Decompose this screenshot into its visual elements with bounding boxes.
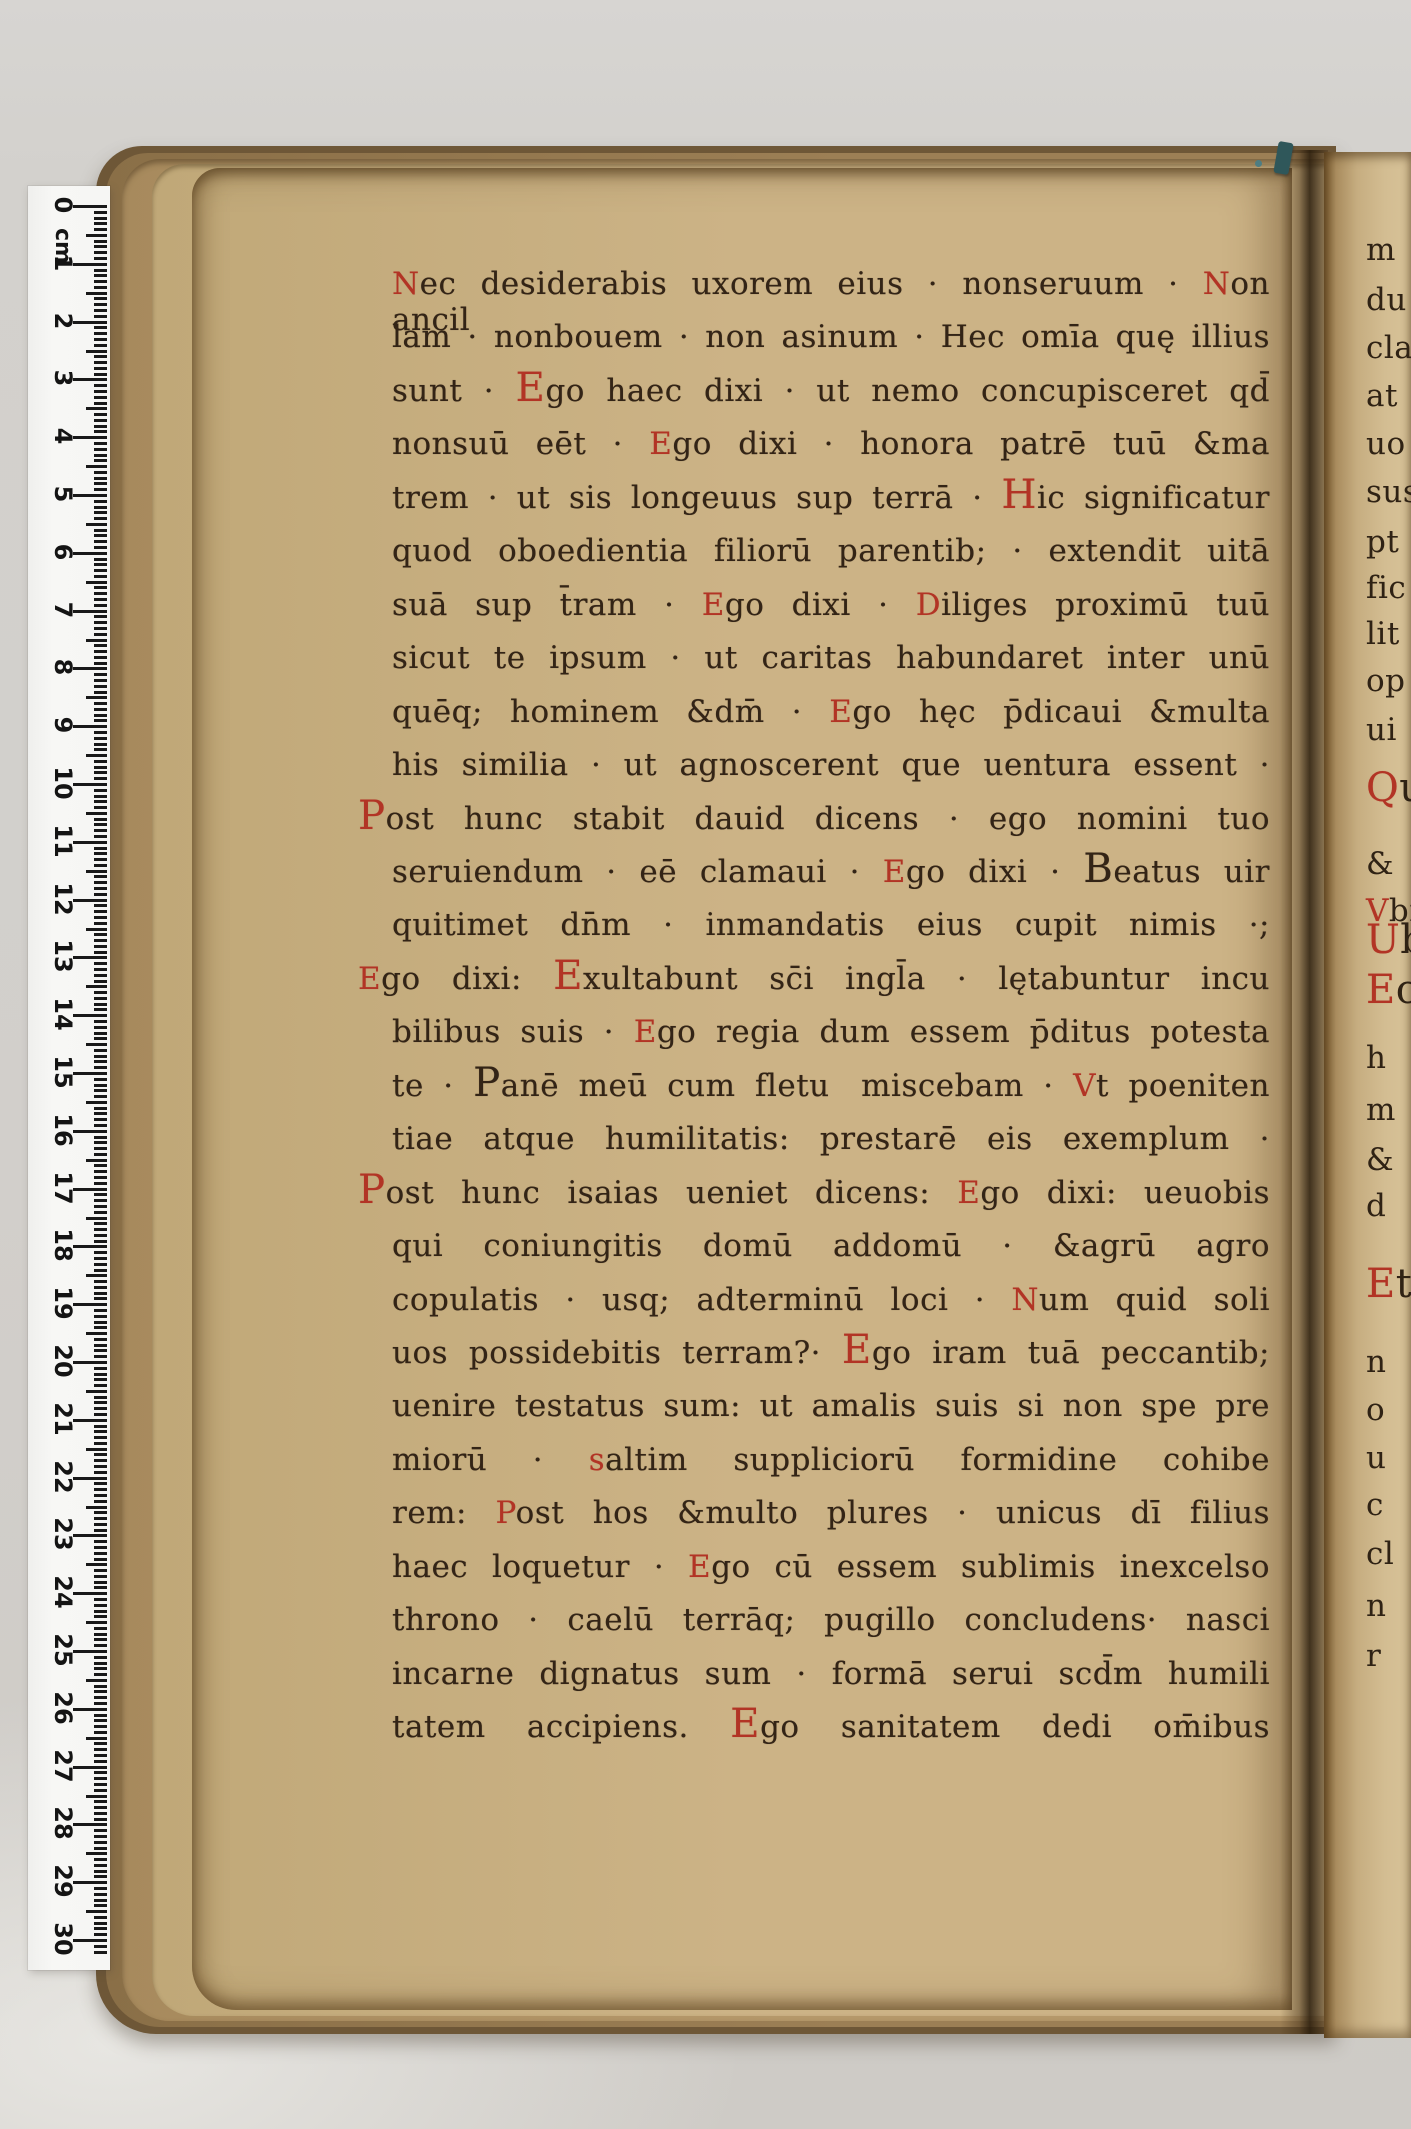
recto-fragment: ui (1366, 712, 1397, 748)
ruler-tick (94, 430, 107, 433)
ruler-tick (94, 529, 107, 532)
ruler-tick (94, 633, 107, 636)
ruler-tick (94, 910, 107, 913)
ruler-tick (94, 1176, 107, 1179)
ruler-tick (94, 1702, 107, 1705)
ruler-tick (94, 280, 107, 283)
ruler-number: 12 (46, 882, 80, 916)
recto-fragment: & (1366, 1142, 1394, 1178)
ruler-tick (86, 812, 107, 815)
ruler-tick (86, 1101, 107, 1104)
ruler-tick (94, 1714, 107, 1717)
ruler-tick (94, 685, 107, 688)
ruler-tick (86, 870, 107, 873)
ruler-tick (94, 1899, 107, 1902)
ruler-tick (94, 1627, 107, 1630)
ruler-tick (94, 1893, 107, 1896)
ruler-tick (94, 355, 107, 358)
ruler-tick (94, 1326, 107, 1329)
recto-fragment: fic (1366, 570, 1406, 606)
ruler-tick (94, 1783, 107, 1786)
ruler-tick (94, 1777, 107, 1780)
ruler-tick (94, 592, 107, 595)
ruler-tick (94, 1471, 107, 1474)
ruler-tick (94, 211, 107, 214)
ruler-tick (94, 344, 107, 347)
ruler-tick (94, 644, 107, 647)
ruler-tick (94, 1887, 107, 1890)
ruler-tick (94, 257, 107, 260)
ruler-tick (94, 1598, 107, 1601)
ruler-tick (94, 1407, 107, 1410)
ruler-tick (94, 1026, 107, 1029)
ruler-number: 10 (46, 766, 80, 800)
ruler-tick (94, 1193, 107, 1196)
ruler-tick (94, 1789, 107, 1792)
ruler-tick (94, 1667, 107, 1670)
photograph-backdrop: Nec desiderabis uxorem eius · nonseruum … (0, 0, 1411, 2129)
ruler-tick (94, 511, 107, 514)
ruler-tick (94, 269, 107, 272)
ruler-tick (94, 1164, 107, 1167)
ruler-tick (86, 407, 107, 410)
ruler-tick (86, 1448, 107, 1451)
ruler-tick (94, 1875, 107, 1878)
ruler-tick (94, 1124, 107, 1127)
recto-fragment: & (1366, 846, 1394, 882)
ruler-tick (94, 1257, 107, 1260)
ruler-tick (86, 292, 107, 295)
rubricated-initial: U (1366, 917, 1400, 963)
ruler-tick (94, 1089, 107, 1092)
ruler-tick (94, 835, 107, 838)
ruler-tick (94, 1384, 107, 1387)
ruler-tick (94, 1234, 107, 1237)
ruler-tick (94, 1829, 107, 1832)
ruler-tick (94, 540, 107, 543)
ruler-number: 29 (46, 1864, 80, 1898)
ruler-tick (86, 1332, 107, 1335)
ruler-tick (94, 1696, 107, 1699)
ruler-tick (94, 1355, 107, 1358)
ruler-tick (94, 326, 107, 329)
ruler-tick (94, 1321, 107, 1324)
ruler-tick (94, 517, 107, 520)
ruler-tick (94, 1731, 107, 1734)
ruler-tick (94, 1008, 107, 1011)
recto-fragment: n (1366, 1344, 1386, 1380)
ruler-tick (94, 823, 107, 826)
ruler-tick (94, 615, 107, 618)
ruler-tick (94, 997, 107, 1000)
ruler-tick (94, 1153, 107, 1156)
ruler-tick (94, 673, 107, 676)
ruler-tick (94, 1095, 107, 1098)
ruler-tick (94, 477, 107, 480)
ruler-tick (94, 1604, 107, 1607)
ruler-tick (94, 506, 107, 509)
recto-fragment: m (1366, 1092, 1396, 1128)
ruler-number: 17 (46, 1171, 80, 1205)
ruler-tick (94, 1742, 107, 1745)
ruler-tick (94, 297, 107, 300)
ruler-tick (94, 1500, 107, 1503)
ruler-tick (86, 754, 107, 757)
ruler-tick (94, 575, 107, 578)
ruler-tick (94, 1771, 107, 1774)
recto-fragment: cl (1366, 1536, 1394, 1572)
ruler-number: 15 (46, 1055, 80, 1089)
ruler-tick (94, 1349, 107, 1352)
ruler-tick (94, 1638, 107, 1641)
ruler-number: 23 (46, 1517, 80, 1551)
ruler-tick (94, 1806, 107, 1809)
ruler-tick (94, 1841, 107, 1844)
ruler-tick (86, 928, 107, 931)
ruler-tick (94, 1286, 107, 1289)
ruler-tick (94, 1078, 107, 1081)
ruler-tick (94, 534, 107, 537)
ink-text: ui (1399, 765, 1411, 811)
ruler-tick (94, 240, 107, 243)
ruler-tick (94, 367, 107, 370)
ruler-tick (94, 558, 107, 561)
ruler-tick (94, 413, 107, 416)
ruler-tick (94, 1465, 107, 1468)
ruler-tick (94, 586, 107, 589)
ruler-tick (94, 864, 107, 867)
ruler-tick (94, 1251, 107, 1254)
ruler-tick (94, 1413, 107, 1416)
ruler-tick (94, 1309, 107, 1312)
ruler-tick (94, 604, 107, 607)
ruler-tick (94, 1662, 107, 1665)
ruler-number: 3 (46, 361, 80, 395)
ruler-tick (94, 1615, 107, 1618)
ruler-number: 8 (46, 650, 80, 684)
ruler-tick (86, 234, 107, 237)
ruler-tick (86, 1274, 107, 1277)
ruler-tick (94, 1055, 107, 1058)
ruler-tick (94, 1488, 107, 1491)
ruler-tick (94, 1373, 107, 1376)
ruler-number: 0 (46, 188, 80, 222)
measurement-ruler: cm 0123456789101112131415161718192021222… (28, 186, 110, 1970)
ruler-tick (94, 1211, 107, 1214)
ruler-tick (94, 315, 107, 318)
ruler-tick (94, 1540, 107, 1543)
ruler-tick (94, 546, 107, 549)
ruler-tick (94, 702, 107, 705)
ruler-tick (94, 442, 107, 445)
ruler-tick (94, 662, 107, 665)
ink-text: t (1396, 1261, 1411, 1307)
ruler-tick (94, 303, 107, 306)
ruler-number: 19 (46, 1286, 80, 1320)
ruler-tick (94, 847, 107, 850)
ruler-tick (94, 1107, 107, 1110)
ruler-tick (94, 800, 107, 803)
recto-fragment: o (1366, 1392, 1385, 1428)
ruler-tick (94, 1858, 107, 1861)
ruler-tick (94, 245, 107, 248)
ruler-tick (94, 951, 107, 954)
recto-fragment: u (1366, 1440, 1386, 1476)
ruler-tick (94, 650, 107, 653)
ruler-tick (94, 719, 107, 722)
ruler-tick (94, 945, 107, 948)
ruler-tick (94, 771, 107, 774)
ruler-tick (94, 656, 107, 659)
ruler-tick (94, 396, 107, 399)
ruler-tick (94, 1136, 107, 1139)
ruler-tick (94, 806, 107, 809)
ruler-tick (94, 1037, 107, 1040)
ruler-tick (94, 829, 107, 832)
ruler-tick (94, 962, 107, 965)
ruler-tick (94, 881, 107, 884)
ruler-tick (94, 1685, 107, 1688)
ruler-tick (94, 1558, 107, 1561)
ruler-tick (86, 1506, 107, 1509)
ruler-tick (94, 1812, 107, 1815)
ruler-tick (94, 1297, 107, 1300)
ruler-tick (94, 1847, 107, 1850)
ruler-number: 6 (46, 535, 80, 569)
ruler-tick (94, 1205, 107, 1208)
ruler-tick (94, 1280, 107, 1283)
recto-fragment: sus (1366, 474, 1411, 510)
ruler-tick (94, 1864, 107, 1867)
ruler-tick (94, 916, 107, 919)
ruler-tick (94, 482, 107, 485)
ruler-tick (94, 1292, 107, 1295)
ruler-tick (94, 621, 107, 624)
ruler-tick (94, 425, 107, 428)
ruler-tick (94, 1367, 107, 1370)
ruler-number: 11 (46, 824, 80, 858)
ruler-tick (94, 448, 107, 451)
ruler-tick (94, 731, 107, 734)
ruler-number: 9 (46, 708, 80, 742)
ruler-tick (94, 1529, 107, 1532)
ruler-tick (94, 1552, 107, 1555)
ink-text: cc (1396, 967, 1411, 1013)
ruler-tick (86, 350, 107, 353)
ruler-tick (94, 1581, 107, 1584)
ruler-tick (94, 1338, 107, 1341)
ruler-tick (94, 922, 107, 925)
ruler-tick (94, 737, 107, 740)
ruler-tick (94, 1453, 107, 1456)
ruler-tick (94, 1916, 107, 1919)
ruler-tick (94, 1459, 107, 1462)
ruler-tick (94, 1430, 107, 1433)
ruler-tick (94, 1800, 107, 1803)
ruler-tick (94, 500, 107, 503)
ruler-tick (86, 1217, 107, 1220)
recto-fragment: lit (1366, 616, 1400, 652)
ruler-tick (94, 1442, 107, 1445)
ruler-tick (94, 454, 107, 457)
ruler-tick (86, 465, 107, 468)
ruler-tick (94, 1517, 107, 1520)
recto-fragment: du (1366, 282, 1407, 318)
ruler-number: 14 (46, 997, 80, 1031)
ruler-tick (94, 858, 107, 861)
ruler-tick (94, 1945, 107, 1948)
ruler-tick (94, 274, 107, 277)
ruler-tick (94, 1870, 107, 1873)
ruler-tick (94, 1315, 107, 1318)
ruler-number: 13 (46, 939, 80, 973)
ruler-tick (94, 1656, 107, 1659)
ruler-number: 4 (46, 419, 80, 453)
ruler-tick (94, 939, 107, 942)
ruler-number: 2 (46, 304, 80, 338)
ruler-tick (94, 1523, 107, 1526)
ruler-tick (86, 523, 107, 526)
recto-fragment: m (1366, 232, 1396, 268)
ruler-tick (86, 696, 107, 699)
recto-fragment: c (1366, 1487, 1384, 1523)
recto-fragment: d (1366, 1188, 1386, 1224)
ruler-tick (94, 286, 107, 289)
ruler-tick (94, 1263, 107, 1266)
rubricated-initial: E (1366, 1261, 1396, 1307)
ruler-tick (86, 1043, 107, 1046)
recto-fragment: h (1366, 1040, 1386, 1076)
ruler-tick (86, 1795, 107, 1798)
ruler-tick (94, 980, 107, 983)
ruler-tick (86, 1390, 107, 1393)
ruler-tick (94, 1748, 107, 1751)
ruler-tick (94, 875, 107, 878)
ruler-tick (94, 968, 107, 971)
ruler-tick (94, 251, 107, 254)
ink-text: bi (1400, 917, 1411, 963)
ruler-number: 28 (46, 1806, 80, 1840)
ruler-tick (94, 893, 107, 896)
ruler-tick (94, 228, 107, 231)
ruler-tick (94, 974, 107, 977)
ruler-tick (94, 1269, 107, 1272)
ruler-number: 1 (46, 246, 80, 280)
ruler-tick (94, 338, 107, 341)
rubricated-initial: E (1366, 967, 1396, 1013)
ruler-tick (94, 1644, 107, 1647)
ruler-tick (94, 1228, 107, 1231)
ruler-tick (94, 419, 107, 422)
ruler-tick (86, 1737, 107, 1740)
ruler-tick (94, 1003, 107, 1006)
ruler-tick (94, 1754, 107, 1757)
ruler-tick (94, 1690, 107, 1693)
ruler-tick (94, 1725, 107, 1728)
ruler-tick (86, 1621, 107, 1624)
ruler-number: 27 (46, 1749, 80, 1783)
rubricated-initial: Q (1366, 765, 1399, 811)
recto-fragment: uo (1366, 426, 1406, 462)
ruler-tick (94, 1904, 107, 1907)
ruler-tick (94, 488, 107, 491)
ruler-tick (94, 459, 107, 462)
ruler-tick (94, 679, 107, 682)
ruler-number: 16 (46, 1113, 80, 1147)
ruler-tick (94, 760, 107, 763)
ruler-tick (94, 1425, 107, 1428)
ruler-number: 20 (46, 1344, 80, 1378)
ruler-tick (94, 1610, 107, 1613)
ruler-tick (94, 471, 107, 474)
ruler-tick (94, 1933, 107, 1936)
ruler-tick (94, 1633, 107, 1636)
ruler-tick (94, 1951, 107, 1954)
ruler-tick (94, 691, 107, 694)
ruler-number: 18 (46, 1228, 80, 1262)
ruler-tick (94, 795, 107, 798)
ruler-tick (94, 332, 107, 335)
ruler-tick (94, 309, 107, 312)
ruler-tick (94, 1818, 107, 1821)
ruler-tick (94, 708, 107, 711)
recto-fragment: at (1366, 378, 1398, 414)
ruler-tick (86, 985, 107, 988)
ruler-tick (86, 1679, 107, 1682)
ruler-tick (94, 1494, 107, 1497)
ruler-number: 25 (46, 1633, 80, 1667)
ruler-tick (94, 1199, 107, 1202)
ruler-tick (86, 1563, 107, 1566)
ruler-tick (94, 1401, 107, 1404)
ruler-number: 26 (46, 1691, 80, 1725)
ruler-tick (94, 361, 107, 364)
ruler-tick (94, 1170, 107, 1173)
recto-fragment: n (1366, 1588, 1386, 1624)
ruler-tick (94, 904, 107, 907)
ruler-tick (86, 1852, 107, 1855)
ruler-tick (94, 766, 107, 769)
ruler-tick (94, 1482, 107, 1485)
ruler-tick (94, 373, 107, 376)
ruler-tick (94, 222, 107, 225)
ruler-tick (94, 384, 107, 387)
ruler-tick (94, 748, 107, 751)
ruler-tick (94, 563, 107, 566)
ruler-tick (94, 1182, 107, 1185)
recto-fragment: cla (1366, 330, 1411, 366)
ruler-tick (86, 639, 107, 642)
ruler-tick (94, 887, 107, 890)
ruler-tick (94, 852, 107, 855)
recto-fragment: pt (1366, 524, 1399, 560)
ruler-number: 24 (46, 1575, 80, 1609)
ruler-tick (94, 1511, 107, 1514)
ruler-tick (94, 933, 107, 936)
ruler-tick (94, 1927, 107, 1930)
ruler-tick (94, 1835, 107, 1838)
ruler-tick (94, 1084, 107, 1087)
ruler-tick (86, 1910, 107, 1913)
ruler-number: 21 (46, 1402, 80, 1436)
ruler-tick (94, 1147, 107, 1150)
ruler-tick (94, 627, 107, 630)
recto-fragment: r (1366, 1638, 1381, 1674)
ruler-tick (94, 598, 107, 601)
ruler-number: 22 (46, 1460, 80, 1494)
ruler-number: 7 (46, 593, 80, 627)
ruler-number: 30 (46, 1922, 80, 1956)
